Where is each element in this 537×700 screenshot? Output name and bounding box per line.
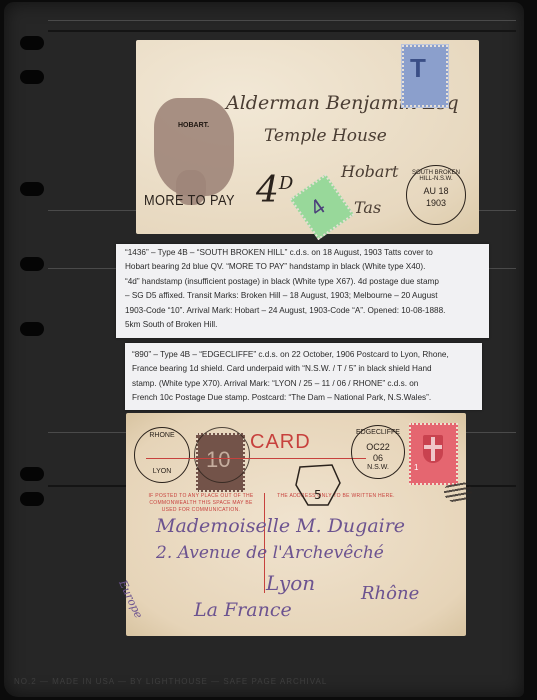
edgecliffe-postmark: EDGECLIFFE OC22 06 N.S.W. [351,425,405,479]
svg-text:5: 5 [314,488,322,502]
caption-line: France bearing 1d shield. Card underpaid… [132,362,477,376]
south-broken-hill-postmark: SOUTH BROKEN HILL-N.S.W. AU 18 1903 [406,165,466,225]
address-line: Lyon [266,571,315,595]
caption-line: “4d” handstamp (insufficient postage) in… [125,275,483,289]
more-to-pay-handstamp: MORE TO PAY [144,192,235,209]
binder-hole [20,36,44,50]
stamp-1d-nsw-shield: 1 [409,423,458,485]
binder-hole [20,70,44,84]
caption-line: Hobart bearing 2d blue QV. “MORE TO PAY”… [125,260,483,274]
page-manufacturer-text: NO.2 — MADE IN USA — BY LIGHTHOUSE — SAF… [14,677,524,686]
caption-line: – SG D5 affixed. Transit Marks: Broken H… [125,289,483,303]
caption-line: 1903-Code “10”. Arrival Mark: Hobart – 2… [125,304,483,318]
caption-line: 5km South of Broken Hill. [125,318,483,332]
postal-cover-south-broken-hill: HOBART. Alderman Benjamin Esq Temple Hou… [136,40,479,234]
binder-hole [20,467,44,481]
binder-hole [20,182,44,196]
caption-line: French 10c Postage Due stamp. Postcard: … [132,391,477,405]
address-line: Mademoiselle M. Dugaire [156,515,405,537]
stamp-2d-blue-qv: T [402,45,448,107]
address-line: Hobart [341,162,398,181]
caption-line: “1436” – Type 4B – “SOUTH BROKEN HILL” c… [125,246,483,260]
shield-t-handstamp: 5 [294,461,342,509]
pocket-strip-line [48,30,516,32]
address-line: Rhône [361,583,419,604]
postcard-edgecliffe: RHONE LYON 10 CARD IF POSTED TO ANY PLAC… [126,413,466,636]
caption-postcard-890: “890” – Type 4B – “EDGECLIFFE” c.d.s. on… [125,343,482,410]
caption-line: stamp. (White type X70). Arrival Mark: “… [132,377,477,391]
address-line: Tas [354,198,381,217]
card-note-left: IF POSTED TO ANY PLACE OUT OF THE COMMON… [136,493,266,514]
binder-hole [20,257,44,271]
address-line: 2. Avenue de l'Archevêché [156,543,384,563]
caption-cover-1436: “1436” – Type 4B – “SOUTH BROKEN HILL” c… [116,244,489,338]
sender-imprint: HOBART. [178,122,209,129]
address-line: Temple House [264,126,387,146]
card-rule [146,458,246,459]
caption-line: “890” – Type 4B – “EDGECLIFFE” c.d.s. on… [132,348,477,362]
cancel-bars [444,481,472,503]
four-d-handstamp: 4D [256,170,293,211]
card-rule [246,458,366,459]
binder-hole [20,492,44,506]
postage-due-stamp-4d: 4 [290,174,355,240]
lyon-postmark [194,427,250,483]
binder-hole [20,322,44,336]
lyon-postmark: RHONE LYON [134,427,190,483]
pocket-strip-line [48,20,516,21]
address-line: La France [194,599,292,621]
card-title: CARD [250,431,311,454]
